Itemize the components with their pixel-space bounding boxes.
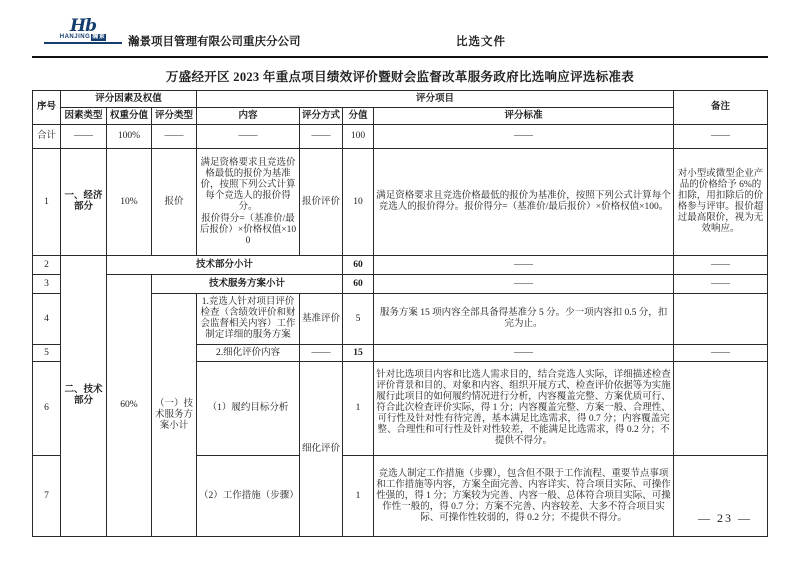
cell-type-service-plan: （一）技术服务方案小计 <box>152 294 197 537</box>
cell-total-label: 合计 <box>33 125 61 149</box>
cell-factor-technical: 二、技术部分 <box>61 256 107 537</box>
cell-method-detailed: 细化评价 <box>300 362 343 537</box>
cell-r5-standard: —— <box>374 345 674 362</box>
cell-r1-remark: 对小型或微型企业产品的价格给予 6%的扣除，用扣除后的价格参与评审。报价超过最高… <box>674 149 768 256</box>
cell-r5-seq: 5 <box>33 345 61 362</box>
logo-cn-text: 瀚景 <box>91 34 106 41</box>
cell-r1-weight: 10% <box>107 149 152 256</box>
table-row-3: 3 60% 技术服务方案小计 60 —— —— <box>33 275 768 294</box>
header-cell-method: 评分方式 <box>300 108 343 125</box>
header-cell-remark: 备注 <box>674 91 768 125</box>
cell-r7-content: （2）工作措施（步骤） <box>197 456 300 537</box>
header-cell-standard: 评分标准 <box>374 108 674 125</box>
header-cell-factor-group: 评分因素及权值 <box>61 91 197 108</box>
cell-r3-standard: —— <box>374 275 674 294</box>
cell-weight-technical: 60% <box>107 275 152 537</box>
cell-r6-standard: 针对比选项目内容和比选人需求目的，结合竞选人实际，详细描述检查评价背景和目的、对… <box>374 362 674 456</box>
cell-r5-score: 15 <box>343 345 374 362</box>
evaluation-standards-table: 序号 评分因素及权值 评分项目 备注 因素类型 权重分值 评分类型 内容 评分方… <box>32 90 768 537</box>
cell-r3-remark: —— <box>674 275 768 294</box>
cell-total-content: —— <box>197 125 300 149</box>
cell-r2-subtotal: 技术部分小计 <box>107 256 343 275</box>
logo-hb-icon: Hb <box>44 18 122 34</box>
header-cell-weight: 权重分值 <box>107 108 152 125</box>
cell-r1-content: 满足资格要求且竞选价格最低的报价为基准价，按照下列公式计算每个竞选人的报价得分。… <box>197 149 300 256</box>
total-row: 合计 —— 100% —— —— —— 100 —— —— <box>33 125 768 149</box>
header-row-1: 序号 评分因素及权值 评分项目 备注 <box>33 91 768 108</box>
logo-latin-text: HANJING <box>60 34 91 41</box>
cell-total-standard: —— <box>374 125 674 149</box>
cell-r5-method: —— <box>300 345 343 362</box>
cell-r1-type: 报价 <box>152 149 197 256</box>
table-row-1: 1 一、经济部分 10% 报价 满足资格要求且竞选价格最低的报价为基准价，按照下… <box>33 149 768 256</box>
cell-r4-score: 5 <box>343 294 374 345</box>
cell-r5-remark: —— <box>674 345 768 362</box>
document-header: Hb HANJING瀚景 瀚景项目管理有限公司重庆分公司 比选文件 <box>32 0 768 58</box>
cell-total-method: —— <box>300 125 343 149</box>
cell-r4-content: 1.竞选人针对项目评价检查（含绩效评价和财会监督相关内容）工作制定详细的服务方案 <box>197 294 300 345</box>
page-number: — 23 — <box>698 511 752 526</box>
cell-total-score: 100 <box>343 125 374 149</box>
header-row-2: 因素类型 权重分值 评分类型 内容 评分方式 分值 评分标准 <box>33 108 768 125</box>
cell-r1-factor: 一、经济部分 <box>61 149 107 256</box>
r1-content-formula: 报价得分=（基准价/最后报价）×价格权值×100 <box>199 214 297 247</box>
cell-r2-seq: 2 <box>33 256 61 275</box>
cell-r7-standard: 竞选人制定工作措施（步骤），包含但不限于工作流程、重要节点事项和工作措施等内容，… <box>374 456 674 537</box>
cell-r7-seq: 7 <box>33 456 61 537</box>
cell-total-factor: —— <box>61 125 107 149</box>
cell-r3-score: 60 <box>343 275 374 294</box>
header-cell-score: 分值 <box>343 108 374 125</box>
cell-r6-content: （1）履约目标分析 <box>197 362 300 456</box>
cell-r1-standard: 满足资格要求且竞选价格最低的报价为基准价，按照下列公式计算每个竞选人的报价得分。… <box>374 149 674 256</box>
logo-underline <box>44 42 122 44</box>
cell-r5-content: 2.细化评价内容 <box>197 345 300 362</box>
cell-r6-score: 1 <box>343 362 374 456</box>
company-logo: Hb HANJING瀚景 <box>44 18 122 44</box>
cell-r3-subtotal: 技术服务方案小计 <box>152 275 343 294</box>
cell-r6-seq: 6 <box>33 362 61 456</box>
header-cell-score-type: 评分类型 <box>152 108 197 125</box>
r1-content-text: 满足资格要求且竞选价格最低的报价为基准价，按照下列公式计算每个竞选人的报价得分。 <box>201 158 296 212</box>
cell-r2-remark: —— <box>674 256 768 275</box>
document-page: Hb HANJING瀚景 瀚景项目管理有限公司重庆分公司 比选文件 万盛经开区 … <box>32 0 768 537</box>
cell-total-weight: 100% <box>107 125 152 149</box>
cell-r1-method: 报价评价 <box>300 149 343 256</box>
header-cell-factor-type: 因素类型 <box>61 108 107 125</box>
cell-r1-seq: 1 <box>33 149 61 256</box>
cell-total-remark: —— <box>674 125 768 149</box>
page-title: 万盛经开区 2023 年重点项目绩效评价暨财会监督改革服务政府比选响应评选标准表 <box>32 67 768 85</box>
header-cell-project-group: 评分项目 <box>197 91 674 108</box>
cell-r4-seq: 4 <box>33 294 61 345</box>
doc-type-label: 比选文件 <box>456 33 506 49</box>
cell-r4-standard: 服务方案 15 项内容全部具备得基准分 5 分。少一项内容扣 0.5 分，扣完为… <box>374 294 674 345</box>
cell-r2-score: 60 <box>343 256 374 275</box>
company-name: 瀚景项目管理有限公司重庆分公司 <box>128 33 301 49</box>
cell-r6-remark-empty <box>674 362 768 456</box>
cell-r1-score: 10 <box>343 149 374 256</box>
logo-wordmark: HANJING瀚景 <box>44 34 122 41</box>
cell-r4-method: 基准评价 <box>300 294 343 345</box>
cell-r3-seq: 3 <box>33 275 61 294</box>
cell-r2-standard: —— <box>374 256 674 275</box>
cell-r4-remark-empty <box>674 294 768 345</box>
table-row-2: 2 二、技术部分 技术部分小计 60 —— —— <box>33 256 768 275</box>
cell-r7-score: 1 <box>343 456 374 537</box>
header-cell-content: 内容 <box>197 108 300 125</box>
cell-total-type: —— <box>152 125 197 149</box>
header-cell-seq: 序号 <box>33 91 61 125</box>
